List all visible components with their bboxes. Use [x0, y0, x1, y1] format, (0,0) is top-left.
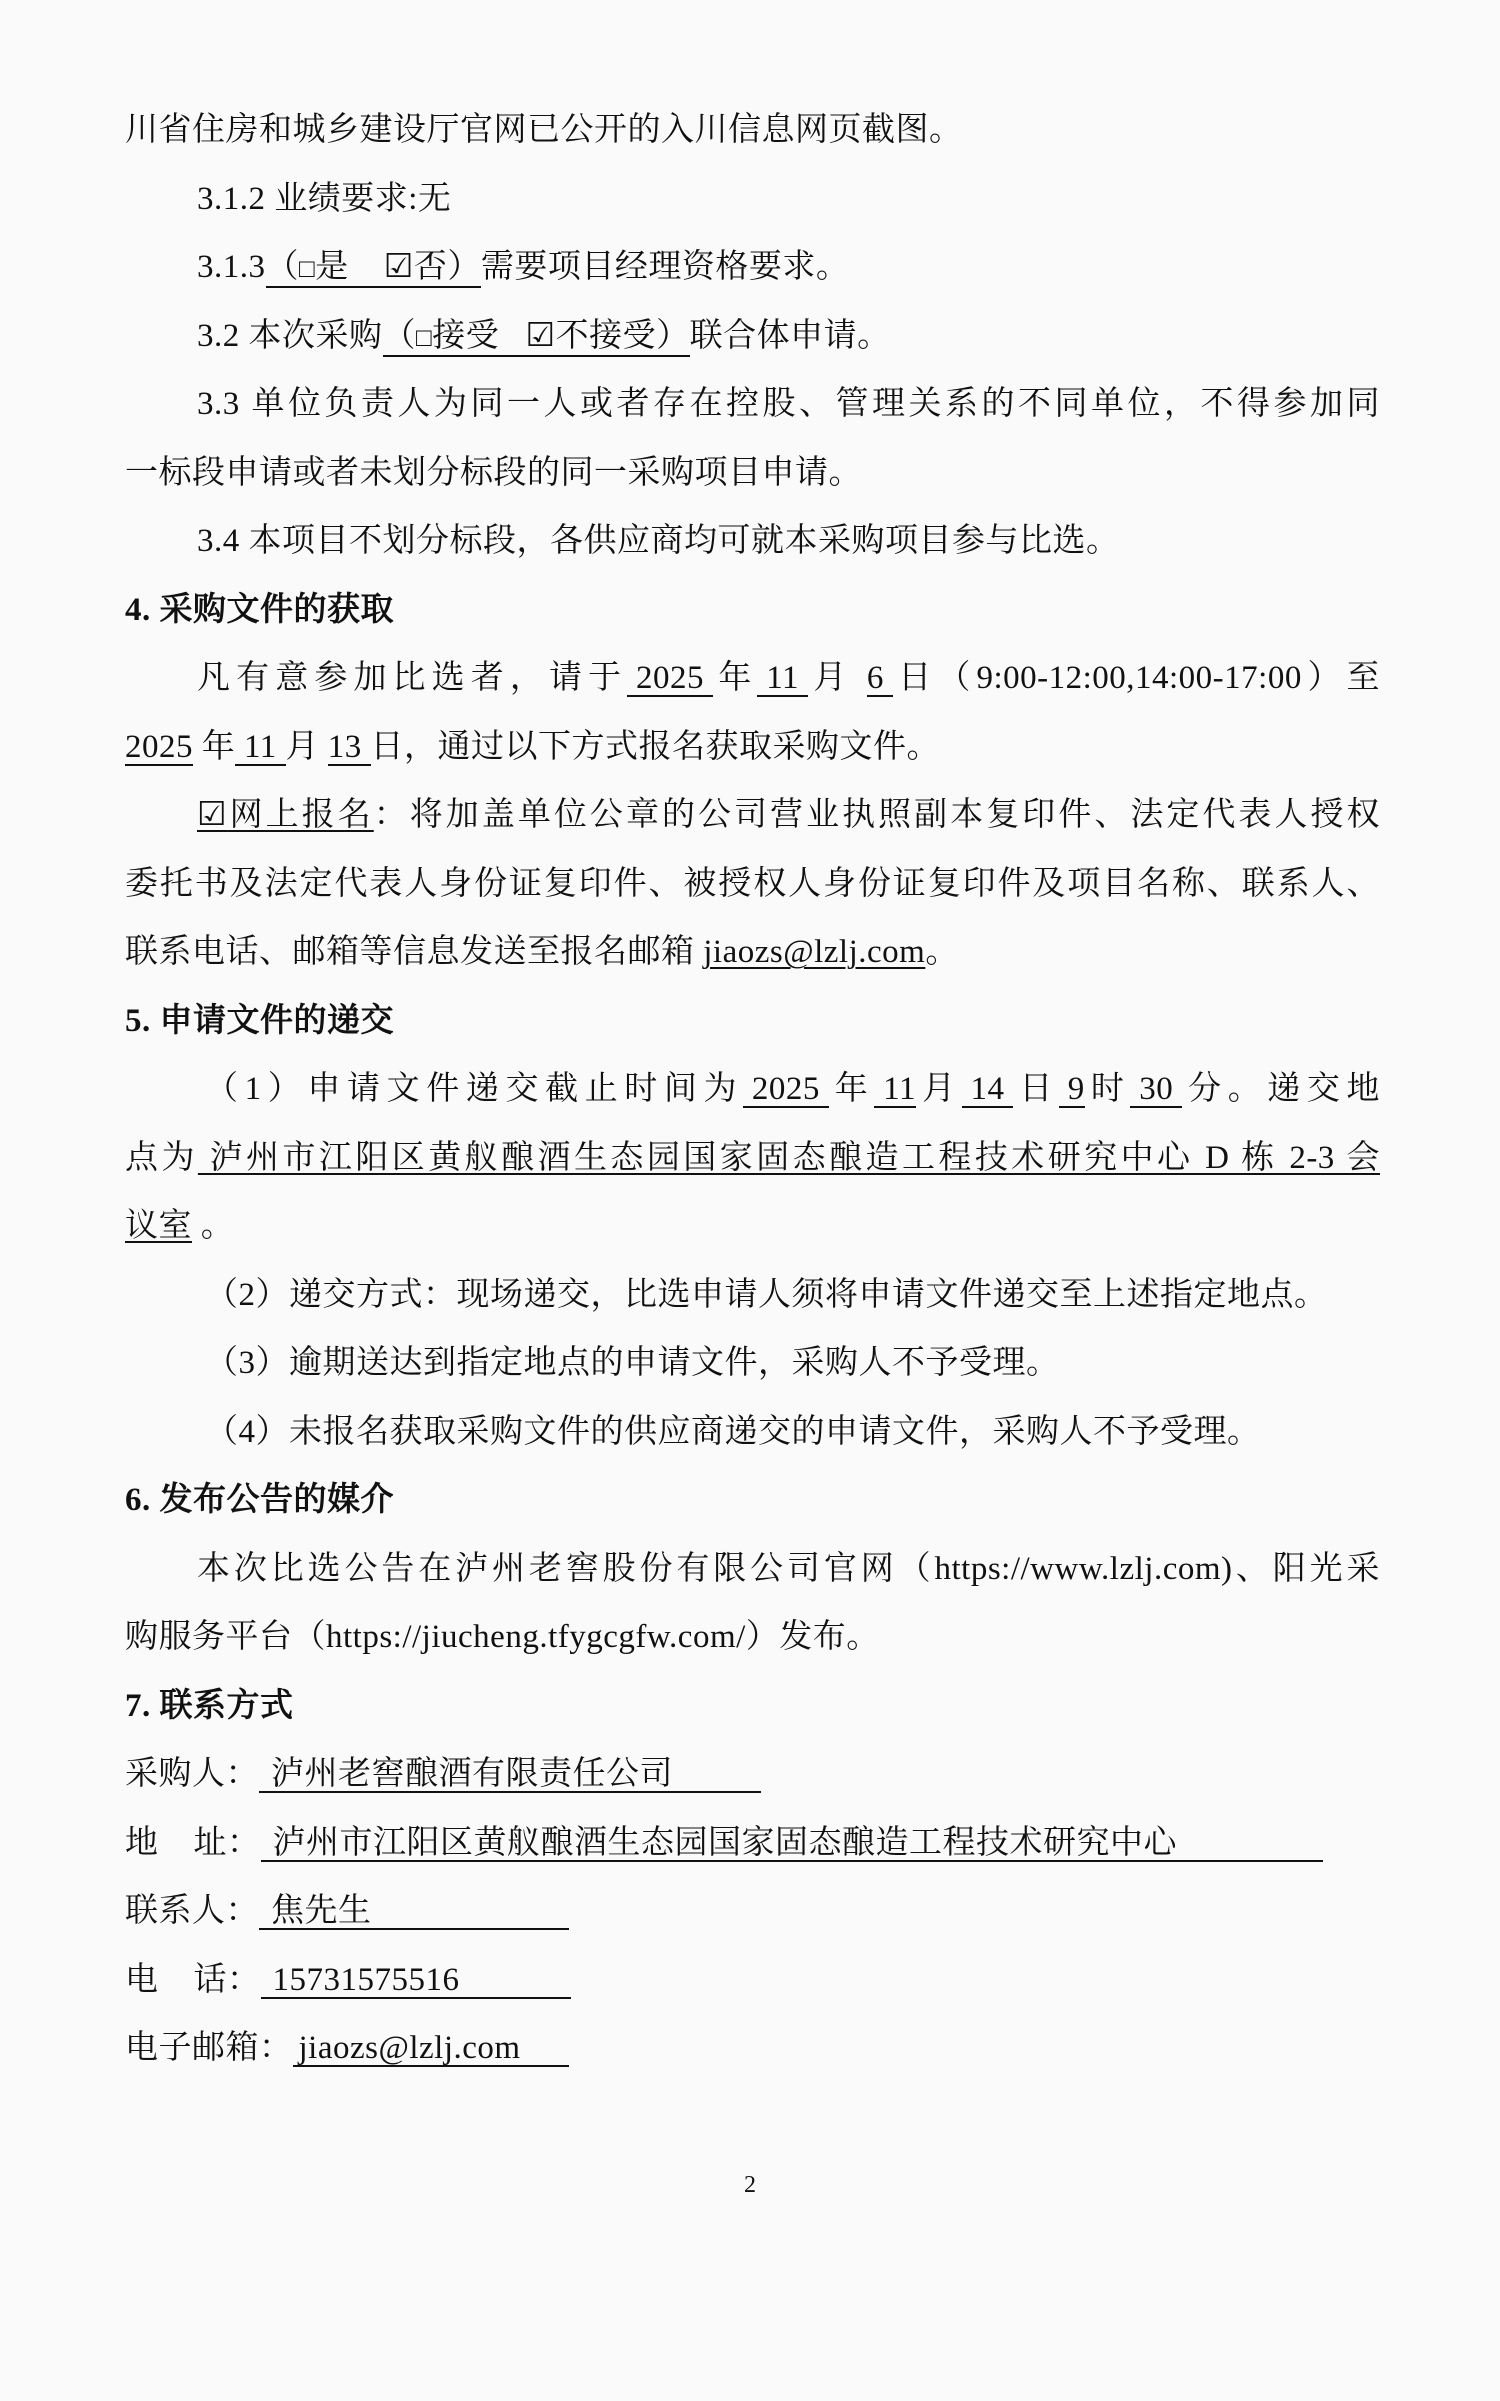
deadline-month-field: 11 — [874, 1072, 916, 1108]
section5-item2: （2）递交方式：现场递交，比选申请人须将申请文件递交至上述指定地点。 — [205, 1275, 1460, 1315]
contact-phone: 电 话：15731575516 — [125, 1960, 1380, 2000]
field-label: 电子邮箱： — [125, 2030, 293, 2066]
field-label: 地 址： — [125, 1825, 261, 1861]
location-value: 议室 — [125, 1208, 192, 1244]
clause-3-3: 3.3 单位负责人为同一人或者存在控股、管理关系的不同单位，不得参加同 — [197, 384, 1380, 424]
option-group: （□是 ☑否） — [266, 250, 481, 288]
page-number: 2 — [0, 2172, 1500, 2199]
contact-address: 地 址：泸州市江阳区黄舣酿酒生态园国家固态酿造工程技术研究中心 — [125, 1823, 1380, 1863]
phone-value: 15731575516 — [261, 1963, 571, 1999]
section-heading-4: 4. 采购文件的获取 — [125, 590, 1380, 630]
section5-location: 点为 泸州市江阳区黄舣酿酒生态园国家固态酿造工程技术研究中心 D 栋 2-3 会 — [125, 1138, 1380, 1178]
text: 联合体申请。 — [690, 318, 891, 354]
value: 6 — [867, 660, 884, 696]
email-link[interactable]: jiaozs@lzlj.com — [703, 934, 925, 970]
value: 泸州老窖酿酒有限责任公司 — [271, 1756, 673, 1792]
paragraph-continuation: 川省住房和城乡建设厅官网已公开的入川信息网页截图。 — [125, 110, 1380, 150]
text: 时 — [1085, 1071, 1131, 1107]
text: 年 — [829, 1071, 875, 1107]
value: 焦先生 — [271, 1893, 372, 1929]
start-day-field: 6 — [867, 661, 893, 697]
start-year-field: 2025 — [627, 661, 713, 697]
field-label: 采购人： — [125, 1756, 259, 1792]
text: 月 — [808, 660, 853, 696]
value: 11 — [244, 729, 277, 765]
value: 11 — [766, 660, 799, 696]
contact-purchaser: 采购人：泸州老窖酿酒有限责任公司 — [125, 1754, 1380, 1794]
clause-3-1-3: 3.1.3（□是 ☑否）需要项目经理资格要求。 — [197, 247, 1380, 287]
checkbox-checked-icon[interactable]: ☑ — [525, 318, 555, 354]
clause-number: 3.1.3 — [197, 249, 266, 285]
end-year-field: 2025 — [125, 730, 193, 766]
paren: （ — [266, 249, 300, 285]
location-value: 泸州市江阳区黄舣酿酒生态园国家固态酿造工程技术研究中心 D 栋 2-3 会 — [198, 1140, 1380, 1176]
value: 泸州市江阳区黄舣酿酒生态园国家固态酿造工程技术研究中心 — [273, 1825, 1178, 1861]
deadline-hour-field: 9 — [1059, 1072, 1085, 1108]
value: 13 — [328, 729, 362, 765]
value: 15731575516 — [273, 1962, 460, 1998]
option-no-label: 否） — [414, 249, 481, 285]
checkbox-checked-icon[interactable]: ☑ — [384, 249, 414, 285]
heading-text: 7. 联系方式 — [125, 1688, 294, 1724]
clause-3-2: 3.2 本次采购（□接受 ☑不接受）联合体申请。 — [197, 316, 1380, 356]
text: 年 — [713, 660, 758, 696]
email-link[interactable]: jiaozs@lzlj.com — [299, 2030, 521, 2066]
text: 委托书及法定代表人身份证复印件、被授权人身份证复印件及项目名称、联系人、 — [125, 866, 1380, 902]
text: 月 — [286, 729, 320, 765]
field-label: 联系人： — [125, 1893, 259, 1929]
purchaser-value: 泸州老窖酿酒有限责任公司 — [259, 1757, 761, 1793]
deadline-day-field: 14 — [962, 1072, 1014, 1108]
clause-3-4: 3.4 本项目不划分标段，各供应商均可就本采购项目参与比选。 — [197, 521, 1380, 561]
text: 分。递交地 — [1182, 1071, 1380, 1107]
contact-email: 电子邮箱：jiaozs@lzlj.com — [125, 2028, 1380, 2068]
section4-para1-cont: 2025 年 11 月 13 日，通过以下方式报名获取采购文件。 — [125, 727, 1380, 767]
checkbox-unchecked-icon[interactable]: □ — [416, 321, 432, 355]
option-reject-label: 不接受） — [556, 318, 690, 354]
value: 2025 — [125, 729, 193, 765]
heading-text: 4. 采购文件的获取 — [125, 592, 394, 628]
option-label: 网上报名 — [227, 797, 374, 833]
text: 凡有意参加比选者，请于 — [197, 660, 627, 696]
option-group: （□接受 ☑不接受） — [383, 319, 690, 357]
start-month-field: 11 — [757, 661, 807, 697]
text: 日 — [893, 660, 938, 696]
text: ：将加盖单位公章的公司营业执照副本复印件、法定代表人授权 — [374, 797, 1380, 833]
heading-text: 6. 发布公告的媒介 — [125, 1482, 394, 1518]
text: 联系电话、邮箱等信息发送至报名邮箱 — [125, 934, 703, 970]
text: （1）申请文件递交截止时间为 — [205, 1071, 743, 1107]
text: 月 — [916, 1071, 962, 1107]
online-registration-cont2: 联系电话、邮箱等信息发送至报名邮箱 jiaozs@lzlj.com。 — [125, 932, 1380, 972]
section5-location-cont: 议室 。 — [125, 1206, 1380, 1246]
online-registration-option: ☑网上报名 — [197, 797, 374, 833]
text: 。 — [925, 934, 959, 970]
section6-para: 本次比选公告在泸州老窖股份有限公司官网（https://www.lzlj.com… — [197, 1549, 1380, 1589]
text: 川省住房和城乡建设厅官网已公开的入川信息网页截图。 — [125, 112, 963, 148]
contact-person: 联系人：焦先生 — [125, 1891, 1380, 1931]
text: 3.3 单位负责人为同一人或者存在控股、管理关系的不同单位，不得参加同 — [197, 386, 1380, 422]
deadline-minute-field: 30 — [1130, 1072, 1182, 1108]
text: 购服务平台（https://jiucheng.tfygcgfw.com/）发布。 — [125, 1619, 880, 1655]
text: 。 — [192, 1208, 234, 1244]
value: 9 — [1068, 1071, 1085, 1107]
section5-item1: （1）申请文件递交截止时间为 2025 年 11月 14 日 9时 30 分。递… — [205, 1069, 1380, 1109]
section4-para1: 凡有意参加比选者，请于 2025 年 11 月 6 日（9:00-12:00,1… — [197, 658, 1380, 698]
text: （3）逾期送达到指定地点的申请文件，采购人不予受理。 — [205, 1345, 1060, 1381]
value: 14 — [970, 1071, 1004, 1107]
value: 11 — [883, 1071, 916, 1107]
clause-3-1-2: 3.1.2 业绩要求:无 — [197, 179, 1380, 219]
section-heading-7: 7. 联系方式 — [125, 1686, 1380, 1726]
section5-item4: （4）未报名获取采购文件的供应商递交的申请文件，采购人不予受理。 — [205, 1412, 1460, 1452]
section6-para-cont: 购服务平台（https://jiucheng.tfygcgfw.com/）发布。 — [125, 1617, 1380, 1657]
text: 需要项目经理资格要求。 — [481, 249, 850, 285]
section5-item3: （3）逾期送达到指定地点的申请文件，采购人不予受理。 — [205, 1343, 1460, 1383]
value: 2025 — [636, 660, 704, 696]
end-day-field: 13 — [328, 730, 371, 766]
checkbox-checked-icon[interactable]: ☑ — [197, 797, 227, 833]
paren: （ — [383, 318, 417, 354]
section-heading-5: 5. 申请文件的递交 — [125, 1001, 1380, 1041]
field-label: 电 话： — [125, 1962, 261, 1998]
address-value: 泸州市江阳区黄舣酿酒生态园国家固态酿造工程技术研究中心 — [261, 1826, 1323, 1862]
text: 3.4 本项目不划分标段，各供应商均可就本采购项目参与比选。 — [197, 523, 1120, 559]
text: 3.1.2 业绩要求:无 — [197, 181, 451, 217]
online-registration: ☑网上报名：将加盖单位公章的公司营业执照副本复印件、法定代表人授权 — [197, 795, 1380, 835]
email-value[interactable]: jiaozs@lzlj.com — [293, 2031, 569, 2067]
text: 本次比选公告在泸州老窖股份有限公司官网（https://www.lzlj.com… — [197, 1551, 1380, 1587]
online-registration-cont: 委托书及法定代表人身份证复印件、被授权人身份证复印件及项目名称、联系人、 — [125, 864, 1380, 904]
section-heading-6: 6. 发布公告的媒介 — [125, 1480, 1380, 1520]
text: 日，通过以下方式报名获取采购文件。 — [371, 729, 941, 765]
text: 年 — [202, 729, 236, 765]
hours-text: （9:00-12:00,14:00-17:00）至 — [937, 660, 1380, 696]
option-yes-label: 是 — [315, 249, 349, 285]
clause-3-3-cont: 一标段申请或者未划分标段的同一采购项目申请。 — [125, 453, 1380, 493]
deadline-year-field: 2025 — [743, 1072, 829, 1108]
option-accept-label: 接受 — [432, 318, 499, 354]
end-month-field: 11 — [235, 730, 285, 766]
text: 日 — [1013, 1071, 1059, 1107]
text: （2）递交方式：现场递交，比选申请人须将申请文件递交至上述指定地点。 — [205, 1277, 1328, 1313]
contact-person-value: 焦先生 — [259, 1894, 569, 1930]
text: 3.2 本次采购 — [197, 318, 383, 354]
text: （4）未报名获取采购文件的供应商递交的申请文件，采购人不予受理。 — [205, 1414, 1261, 1450]
value: 2025 — [752, 1071, 820, 1107]
heading-text: 5. 申请文件的递交 — [125, 1003, 394, 1039]
value: 30 — [1139, 1071, 1173, 1107]
checkbox-unchecked-icon[interactable]: □ — [299, 252, 315, 286]
text: 一标段申请或者未划分标段的同一采购项目申请。 — [125, 455, 862, 491]
text: 点为 — [125, 1140, 198, 1176]
